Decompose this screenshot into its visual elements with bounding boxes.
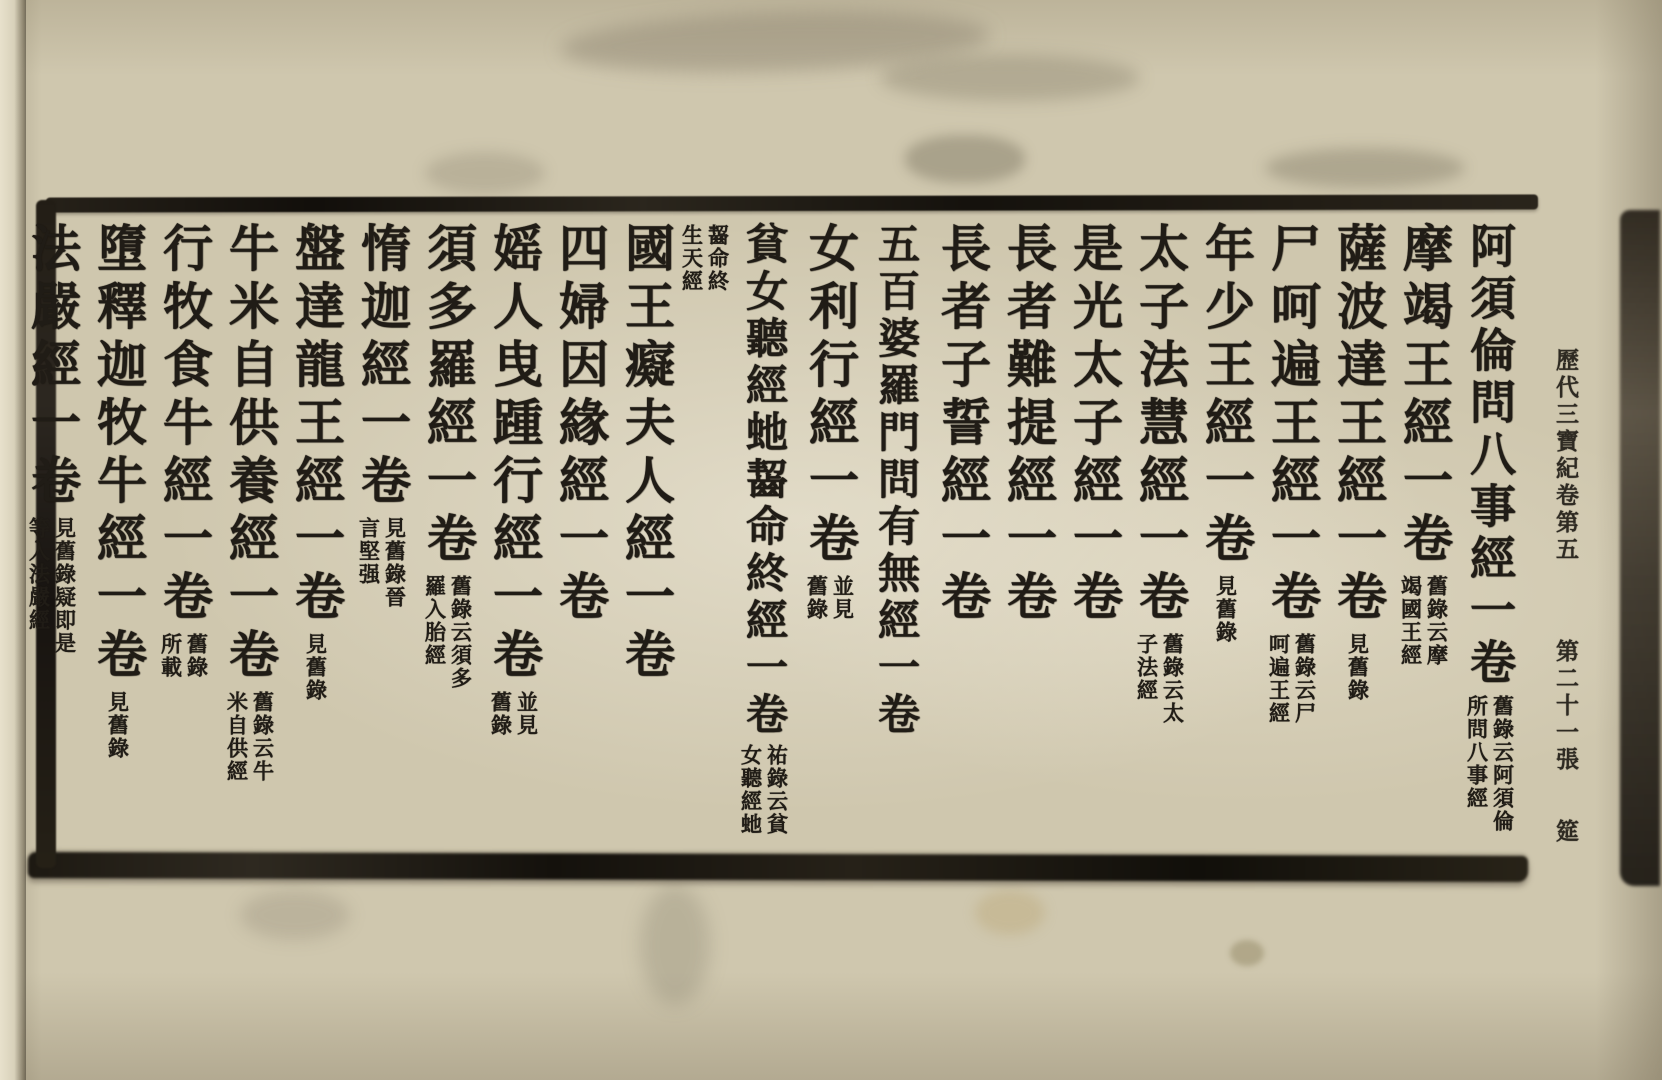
sutra-title: 摩竭王經一卷 bbox=[1388, 222, 1460, 570]
ink-smudge bbox=[905, 135, 1025, 183]
annotation-line: 舊錄 bbox=[805, 575, 830, 621]
sutra-entry: 行牧食牛經一卷舊錄所載 bbox=[152, 222, 216, 679]
ink-smudge bbox=[640, 885, 710, 1005]
sutra-entry: 太子法慧經一卷舊錄云太子法經 bbox=[1128, 222, 1192, 725]
annotation-line: 舊錄云須多 bbox=[449, 575, 474, 690]
sutra-title: 媱人曳踵行經一卷 bbox=[478, 222, 550, 686]
volume-chapter-label: 歷代三寶紀卷第五 第二十一張 筵 bbox=[1549, 348, 1582, 846]
sutra-title: 阿須倫問八事經一卷 bbox=[1457, 222, 1523, 690]
sutra-entry: 長者子誓經一卷 bbox=[930, 222, 994, 628]
annotation-line: 見舊錄疑即是 bbox=[53, 517, 78, 655]
catalog-annotation: 見舊錄 bbox=[1345, 633, 1372, 702]
annotation-line: 見舊錄 bbox=[1214, 575, 1239, 644]
catalog-annotation: 並見舊錄 bbox=[804, 575, 857, 621]
work-title: 歷代三寶紀卷第五 bbox=[1549, 348, 1582, 564]
sutra-entry: 媱人曳踵行經一卷並見舊錄 bbox=[482, 222, 546, 737]
sutra-title: 行牧食牛經一卷 bbox=[148, 222, 220, 628]
catalog-annotation: 舊錄云牛米自供經 bbox=[224, 691, 277, 783]
sheet-number: 第二十一張 bbox=[1549, 639, 1582, 774]
catalog-annotation: 舊錄所載 bbox=[158, 633, 211, 679]
annotation-line: 呵遍王經 bbox=[1267, 633, 1292, 725]
catalog-annotation: 齧命終生天經 bbox=[679, 224, 732, 293]
sutra-entry: 四婦因緣經一卷 bbox=[548, 222, 612, 628]
ink-smudge bbox=[425, 152, 545, 194]
frame-border-right bbox=[1620, 210, 1660, 886]
catalog-columns: 阿須倫問八事經一卷舊錄云阿須倫所問八事經摩竭王經一卷舊錄云摩竭國王經薩波達王經一… bbox=[20, 222, 1522, 874]
sutra-entry: 貧女聽經虵齧命終經一卷祐錄云貧女聽經虵 bbox=[732, 222, 796, 836]
sutra-entry: 齧命終生天經 bbox=[680, 222, 730, 293]
sutra-title: 長者子誓經一卷 bbox=[926, 222, 998, 628]
sutra-entry: 牛米自供養經一卷舊錄云牛米自供經 bbox=[218, 222, 282, 783]
annotation-line: 見舊錄晉 bbox=[383, 517, 408, 609]
sutra-title: 墮釋迦牧牛經一卷 bbox=[82, 222, 154, 686]
ink-smudge bbox=[880, 55, 1140, 101]
annotation-line: 羅入胎經 bbox=[423, 575, 448, 690]
sutra-title: 女利行經一卷 bbox=[794, 222, 866, 570]
ink-smudge bbox=[240, 890, 350, 940]
annotation-line: 見舊錄 bbox=[106, 691, 131, 760]
sutra-title: 太子法慧經一卷 bbox=[1124, 222, 1196, 628]
sutra-entry: 女利行經一卷並見舊錄 bbox=[798, 222, 862, 621]
paper-stain bbox=[1230, 940, 1264, 966]
annotation-line: 並見 bbox=[831, 575, 856, 621]
catalog-annotation: 見舊錄 bbox=[105, 691, 132, 760]
sutra-entry: 阿須倫問八事經一卷舊錄云阿須倫所問八事經 bbox=[1458, 222, 1522, 833]
sutra-entry: 墮釋迦牧牛經一卷見舊錄 bbox=[86, 222, 150, 760]
sutra-title: 年少王經一卷 bbox=[1190, 222, 1262, 570]
catalog-annotation: 祐錄云貧女聽經虵 bbox=[738, 744, 791, 836]
sutra-title: 貧女聽經虵齧命終經一卷 bbox=[734, 222, 794, 739]
sutra-entry: 五百婆羅門問有無經一卷 bbox=[864, 222, 928, 739]
annotation-line: 舊錄 bbox=[185, 633, 210, 679]
sutra-title: 薩波達王經一卷 bbox=[1322, 222, 1394, 628]
paper-stain bbox=[975, 890, 1045, 935]
catalog-annotation: 見舊錄 bbox=[303, 633, 330, 702]
annotation-line: 舊錄云太 bbox=[1161, 633, 1186, 725]
annotation-line: 舊錄云牛 bbox=[251, 691, 276, 783]
sutra-entry: 薩波達王經一卷見舊錄 bbox=[1326, 222, 1390, 702]
annotation-line: 舊錄 bbox=[489, 691, 514, 737]
sutra-title: 是光太子經一卷 bbox=[1058, 222, 1130, 628]
annotation-line: 等入法嚴經 bbox=[27, 517, 52, 655]
catalog-annotation: 見舊錄 bbox=[1213, 575, 1240, 644]
sutra-entry: 尸呵遍王經一卷舊錄云尸呵遍王經 bbox=[1260, 222, 1324, 725]
annotation-line: 舊錄云摩 bbox=[1425, 575, 1450, 667]
sutra-entry: 是光太子經一卷 bbox=[1062, 222, 1126, 628]
annotation-line: 見舊錄 bbox=[1346, 633, 1371, 702]
sutra-title: 五百婆羅門問有無經一卷 bbox=[866, 222, 926, 739]
sutra-entry: 盤達龍王經一卷見舊錄 bbox=[284, 222, 348, 702]
annotation-line: 並見 bbox=[515, 691, 540, 737]
annotation-line: 子法經 bbox=[1135, 633, 1160, 725]
sutra-entry: 年少王經一卷見舊錄 bbox=[1194, 222, 1258, 644]
annotation-line: 竭國王經 bbox=[1399, 575, 1424, 667]
ink-smudge bbox=[559, 5, 991, 80]
sutra-title: 惰迦經一卷 bbox=[346, 222, 418, 512]
catalog-annotation: 舊錄云須多羅入胎經 bbox=[422, 575, 475, 690]
sutra-entry: 國王癡夫人經一卷 bbox=[614, 222, 678, 686]
annotation-line: 見舊錄 bbox=[304, 633, 329, 702]
catalog-annotation: 舊錄云摩竭國王經 bbox=[1398, 575, 1451, 667]
catalog-annotation: 並見舊錄 bbox=[488, 691, 541, 737]
sutra-title: 國王癡夫人經一卷 bbox=[610, 222, 682, 686]
catalog-annotation: 舊錄云太子法經 bbox=[1134, 633, 1187, 725]
annotation-line: 生天經 bbox=[680, 224, 705, 293]
annotation-line: 舊錄云阿須倫 bbox=[1491, 695, 1516, 833]
catalog-annotation: 舊錄云尸呵遍王經 bbox=[1266, 633, 1319, 725]
sutra-title: 牛米自供養經一卷 bbox=[214, 222, 286, 686]
sutra-entry: 法嚴經一卷見舊錄疑即是等入法嚴經 bbox=[20, 222, 84, 655]
sutra-entry: 摩竭王經一卷舊錄云摩竭國王經 bbox=[1392, 222, 1456, 667]
annotation-line: 米自供經 bbox=[225, 691, 250, 783]
annotation-line: 所載 bbox=[159, 633, 184, 679]
frame-border-top bbox=[46, 194, 1538, 212]
annotation-line: 女聽經虵 bbox=[739, 744, 764, 836]
annotation-line: 舊錄云尸 bbox=[1293, 633, 1318, 725]
annotation-line: 言堅强 bbox=[357, 517, 382, 609]
catalog-annotation: 舊錄云阿須倫所問八事經 bbox=[1464, 695, 1517, 833]
ink-smudge bbox=[1265, 148, 1465, 188]
sutra-title: 四婦因緣經一卷 bbox=[544, 222, 616, 628]
catalog-annotation: 見舊錄疑即是等入法嚴經 bbox=[26, 517, 79, 655]
sutra-title: 須多羅經一卷 bbox=[412, 222, 484, 570]
annotation-line: 祐錄云貧 bbox=[765, 744, 790, 836]
signature-mark: 筵 bbox=[1549, 819, 1582, 846]
sutra-entry: 長者難提經一卷 bbox=[996, 222, 1060, 628]
sutra-title: 尸呵遍王經一卷 bbox=[1256, 222, 1328, 628]
sutra-entry: 須多羅經一卷舊錄云須多羅入胎經 bbox=[416, 222, 480, 690]
annotation-line: 齧命終 bbox=[706, 224, 731, 293]
sutra-entry: 惰迦經一卷見舊錄晉言堅强 bbox=[350, 222, 414, 609]
sutra-title: 盤達龍王經一卷 bbox=[280, 222, 352, 628]
sutra-title: 長者難提經一卷 bbox=[992, 222, 1064, 628]
annotation-line: 所問八事經 bbox=[1465, 695, 1490, 833]
woodblock-print-page: 歷代三寶紀卷第五 第二十一張 筵 阿須倫問八事經一卷舊錄云阿須倫所問八事經摩竭王… bbox=[0, 0, 1662, 1080]
sutra-title: 法嚴經一卷 bbox=[16, 222, 88, 512]
catalog-annotation: 見舊錄晉言堅强 bbox=[356, 517, 409, 609]
